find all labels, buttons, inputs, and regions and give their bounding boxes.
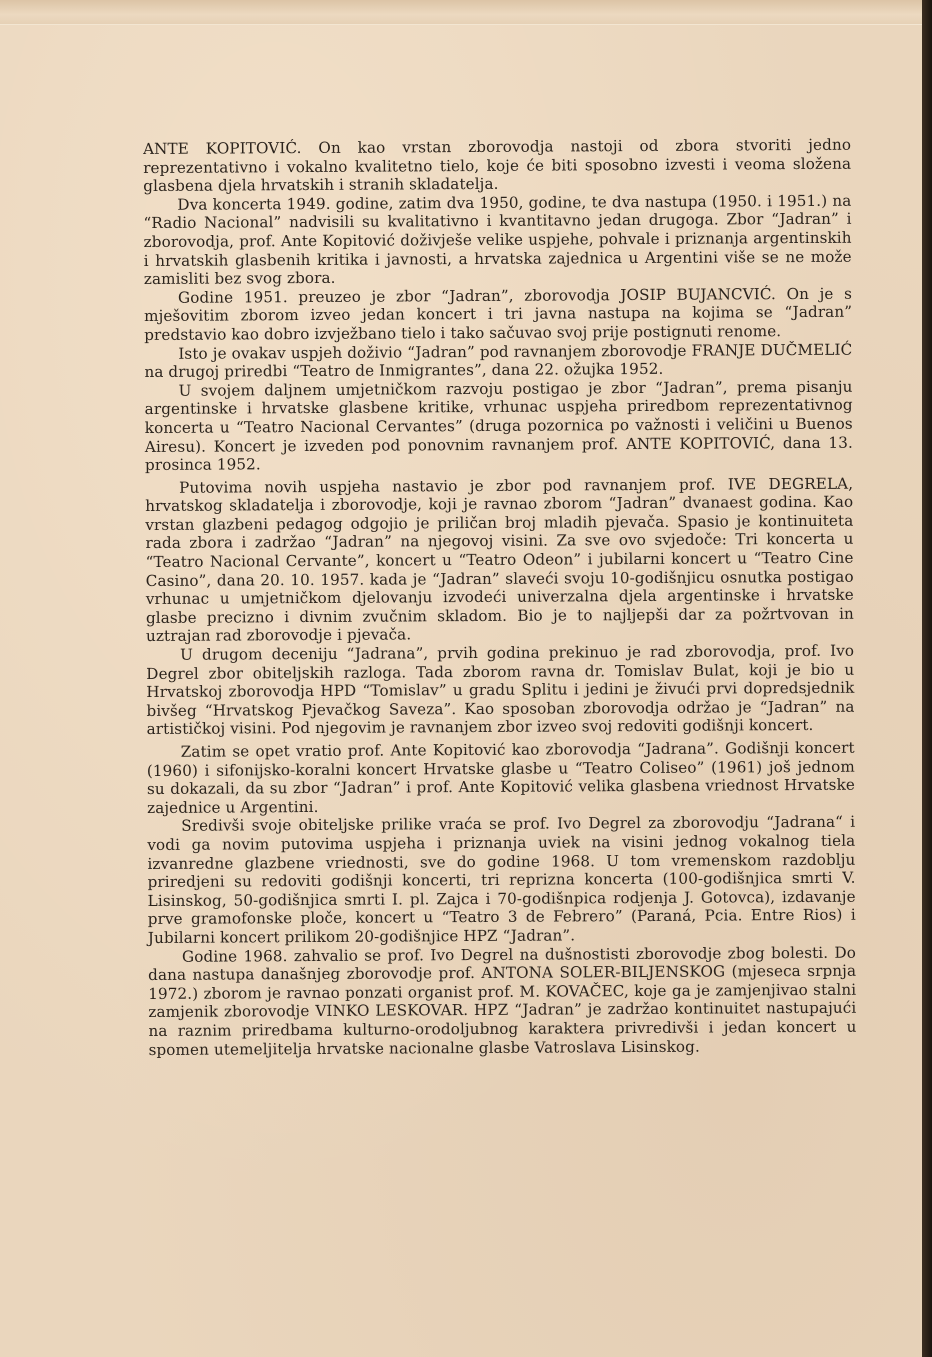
paragraph-bujancvic-1951: Godine 1951. preuzeo je zbor “Jadran”, z… [144,284,852,344]
paragraph-second-decade: U drugom deceniju “Jadrana”, prvih godin… [146,642,855,739]
paragraph-cervantes-1952: U svojem daljnem umjetničkom razvoju pos… [144,377,853,474]
paragraph-ducmelic-1952: Isto je ovakav uspjeh doživio “Jadran” p… [144,340,852,382]
paragraph-1968-onward: Godine 1968. zahvalio se prof. Ivo Degre… [148,943,857,1059]
page-top-edge [0,0,922,25]
paragraph-degrel-return: Sredivši svoje obiteljske prilike vraća … [147,813,856,947]
paragraph-concerts-1949-1951: Dva koncerta 1949. godine, zatim dva 195… [143,191,852,288]
paragraph-kopitovic-return: Zatim se opet vratio prof. Ante Kopitovi… [147,739,855,818]
paragraph-degrel-era: Putovima novih uspjeha nastavio je zbor … [145,474,854,646]
paragraph-kopitovic-intro: ANTE KOPITOVIĆ. On kao vrstan zborovodja… [143,136,851,196]
article-body: ANTE KOPITOVIĆ. On kao vrstan zborovodja… [143,136,857,1059]
scanned-page: ANTE KOPITOVIĆ. On kao vrstan zborovodja… [0,0,922,1357]
page-right-edge-shadow [922,0,932,1357]
